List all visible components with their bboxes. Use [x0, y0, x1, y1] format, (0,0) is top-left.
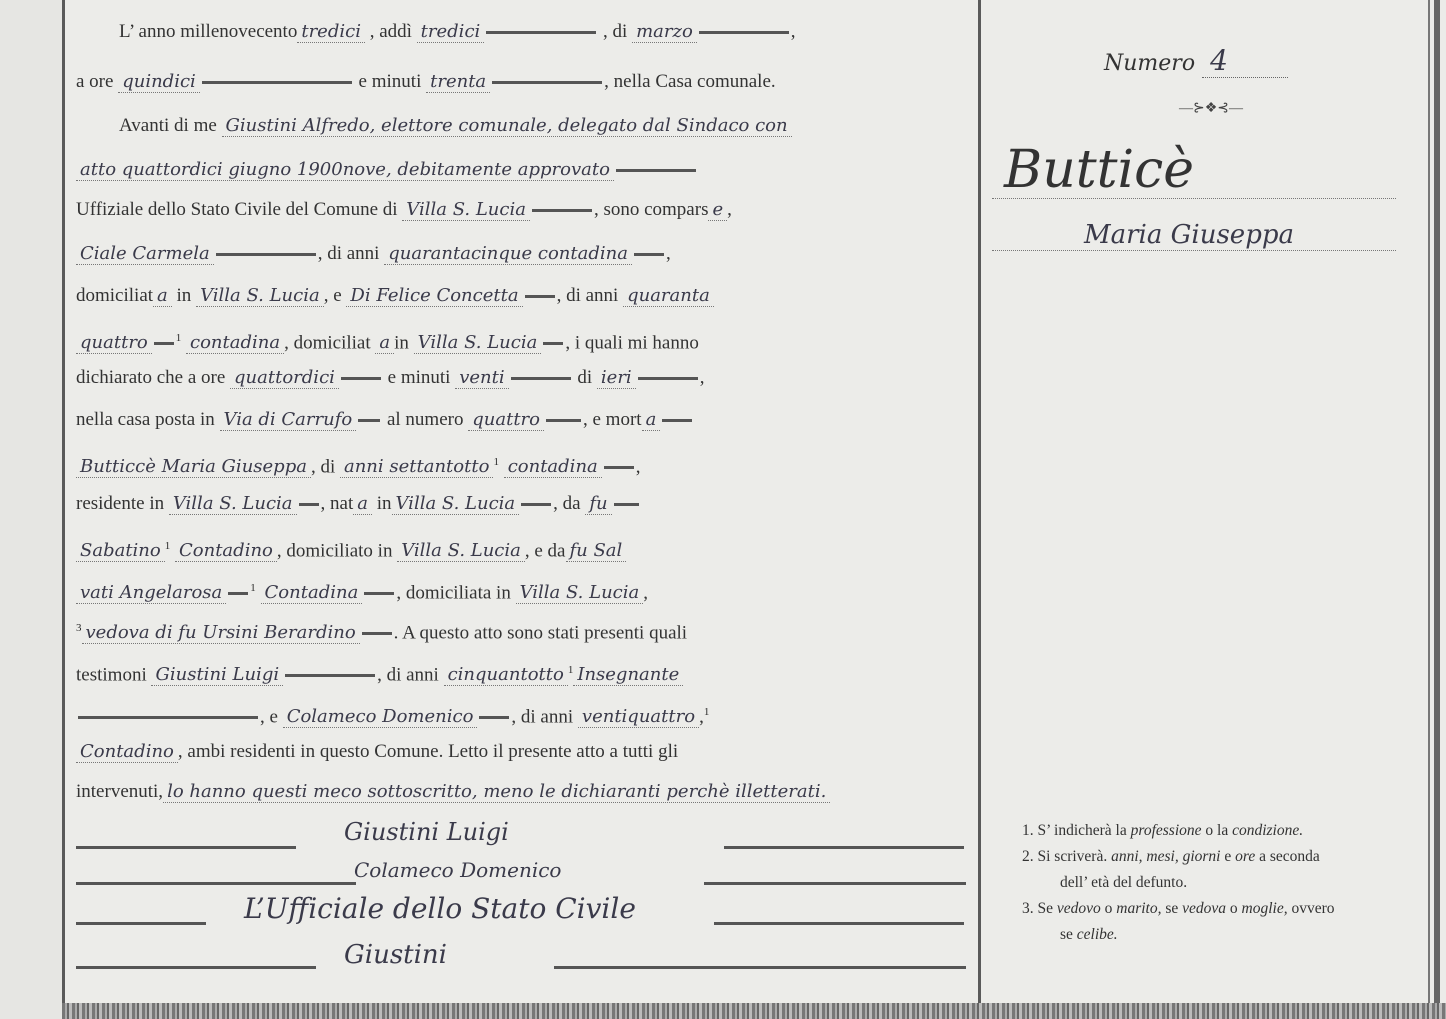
filler-dash — [78, 716, 258, 719]
handwritten-witness1-age: cinquantotto — [444, 664, 568, 686]
filler-dash — [299, 503, 319, 506]
handwritten-deceased-age: anni settantotto — [340, 456, 493, 478]
printed-text: dichiarato che a ore — [76, 367, 225, 388]
officer-title-handwritten: L’Ufficiale dello Stato Civile — [244, 892, 636, 925]
footnote-ref: 1 — [165, 540, 171, 552]
filler-dash — [521, 503, 551, 506]
filler-dash — [699, 31, 789, 34]
signature-rule — [724, 846, 964, 849]
footnote-text: e — [1220, 848, 1235, 865]
printed-text: , nella Casa comunale. — [604, 71, 775, 92]
deceased-surname: Butticè — [1004, 140, 1194, 200]
printed-text: . A questo atto sono stati presenti qual… — [394, 622, 687, 643]
footnote-text: 3. Se — [1022, 900, 1057, 917]
printed-text: , — [643, 582, 648, 603]
record-line-father: Sabatino1 Contadino, domiciliato in Vill… — [76, 532, 968, 560]
filler-dash — [228, 592, 248, 595]
handwritten-profession: contadina — [186, 332, 284, 354]
signature-rule — [714, 922, 964, 925]
footnotes: 1. S’ indicherà la professione o la cond… — [1022, 818, 1335, 948]
footnote-italic: marito, — [1116, 900, 1161, 917]
printed-text: , di anni — [557, 285, 619, 306]
handwritten-residence: Villa S. Lucia — [169, 493, 297, 515]
filler-dash — [492, 81, 602, 84]
footnote-ref: 1 — [250, 582, 256, 594]
printed-text: e minuti — [359, 71, 422, 92]
printed-text: Uffiziale dello Stato Civile del Comune … — [76, 199, 398, 220]
handwritten-mother-prefix: fu Sal — [566, 540, 627, 562]
handwritten-death-hour: quattordici — [230, 367, 339, 389]
footnote-ref: 1 — [493, 456, 499, 468]
record-line-deceased: Buttiсcè Maria Giuseppa, di anni settant… — [76, 448, 968, 476]
handwritten-minutes: trenta — [426, 71, 490, 93]
printed-text: , sono compars — [594, 199, 709, 220]
signature-rule — [76, 922, 206, 925]
signature-officer: Giustini — [344, 940, 447, 970]
numero-value: 4 — [1202, 44, 1288, 78]
handwritten-residence: Villa S. Lucia — [414, 332, 542, 354]
printed-text: , di — [311, 456, 335, 477]
filler-dash — [546, 419, 581, 422]
handwritten-hour: quindici — [118, 71, 200, 93]
printed-text: , di anni — [318, 243, 380, 264]
printed-text: residente in — [76, 493, 164, 514]
right-border-outer — [1434, 0, 1440, 1003]
record-line-declarant2: domiciliata in Villa S. Lucia, e Di Feli… — [76, 282, 968, 310]
footnote-italic: moglie, — [1242, 900, 1288, 917]
record-line-officer: Avanti di me Giustini Alfredo, elettore … — [119, 112, 968, 140]
column-divider — [978, 0, 981, 1003]
handwritten-age-cont: quattro — [76, 332, 152, 354]
handwritten-month: marzo — [632, 21, 697, 43]
printed-text: , domiciliat — [284, 332, 371, 353]
record-number: Numero 4 — [1104, 44, 1288, 77]
handwritten-death-day: ieri — [597, 367, 636, 389]
deceased-given-names: Maria Giuseppa — [1084, 220, 1294, 250]
record-line-marital: 3vedova di fu Ursini Berardino. A questo… — [76, 614, 968, 642]
printed-text: a ore — [76, 71, 113, 92]
handwritten-father-name: Sabatino — [76, 540, 165, 562]
footnote-text: 1. S’ indicherà la — [1022, 822, 1131, 839]
filler-dash — [604, 466, 634, 469]
signature-witness2: Colameco Domenico — [354, 858, 561, 882]
footnote-2-cont: dell’ età del defunto. — [1022, 870, 1335, 896]
footnote-text: o — [1226, 900, 1242, 917]
signature-rule — [554, 966, 966, 969]
filler-dash — [341, 377, 381, 380]
filler-dash — [216, 253, 316, 256]
printed-text: , di — [603, 21, 627, 42]
footnote-italic: ore — [1235, 848, 1255, 865]
printed-text: , — [727, 199, 732, 220]
printed-text: , di anni — [511, 706, 573, 727]
handwritten-witness2-name: Colameco Domenico — [283, 706, 478, 728]
record-line-time: a ore quindici e minuti trenta, nella Ca… — [76, 68, 968, 96]
handwritten-declarant1-name: Ciale Carmela — [76, 243, 214, 265]
footnote-text: se — [1060, 926, 1077, 943]
filler-dash — [532, 209, 592, 212]
filler-dash — [364, 592, 394, 595]
signature-witness1: Giustini Luigi — [344, 818, 509, 846]
handwritten-witness2-age: ventiquattro — [578, 706, 699, 728]
printed-text: di — [577, 367, 592, 388]
printed-text: domiciliat — [76, 285, 153, 306]
handwritten-day: tredici — [417, 21, 485, 43]
record-line-declarant1: Ciale Carmela, di anni quarantacinque co… — [76, 240, 968, 268]
filler-dash — [638, 377, 698, 380]
signature-rule — [704, 882, 966, 885]
ornament-divider: —⊱❖⊰— — [1179, 100, 1243, 117]
printed-text: , addì — [370, 21, 412, 42]
handwritten-deceased-profession: contadina — [504, 456, 602, 478]
footnote-text: se — [1161, 900, 1182, 917]
handwritten-residence: Villa S. Lucia — [196, 285, 324, 307]
footnote-ref: 3 — [76, 622, 82, 634]
footnote-text: 2. Si scriverà. — [1022, 848, 1111, 865]
footnote-1: 1. S’ indicherà la professione o la cond… — [1022, 818, 1335, 844]
filler-dash — [202, 81, 352, 84]
printed-text: e minuti — [388, 367, 451, 388]
handwritten-declarant2-age: quaranta — [623, 285, 714, 307]
footnote-text: a seconda — [1255, 848, 1320, 865]
printed-text: , — [791, 21, 796, 42]
handwritten-suffix: e — [708, 199, 727, 221]
handwritten-year: tredici — [297, 21, 365, 43]
filler-dash — [358, 419, 380, 422]
printed-text: , nat — [321, 493, 354, 514]
filler-dash — [154, 342, 174, 345]
printed-text: L’ anno millenovecento — [119, 21, 297, 42]
footnote-italic: condizione. — [1232, 822, 1303, 839]
filler-dash — [616, 169, 696, 172]
filler-dash — [285, 674, 375, 677]
handwritten-marital-status: vedova di fu Ursini Berardino — [82, 622, 360, 644]
footnote-italic: vedova — [1182, 900, 1226, 917]
footnote-3-cont: se celibe. — [1022, 922, 1335, 948]
footnote-italic: vedovo — [1057, 900, 1101, 917]
index-column: Numero 4 —⊱❖⊰— Butticè Maria Giuseppa 1.… — [984, 0, 1404, 1000]
printed-text: , e da — [525, 540, 566, 561]
printed-text: , — [666, 243, 671, 264]
handwritten-officer: Giustini Alfredo, elettore comunale, del… — [222, 115, 792, 137]
filler-dash — [614, 503, 639, 506]
numero-label: Numero — [1104, 51, 1195, 76]
handwritten-father-residence: Villa S. Lucia — [397, 540, 525, 562]
handwritten-suffix: a — [153, 285, 172, 307]
record-line-witness2: , e Colameco Domenico, di anni ventiquat… — [76, 698, 968, 726]
printed-text: , e mort — [583, 409, 642, 430]
printed-text: , domiciliato in — [277, 540, 393, 561]
handwritten-death-minutes: venti — [455, 367, 508, 389]
document-page: L’ anno millenovecentotredici , addì tre… — [0, 0, 1446, 1019]
handwritten-mother-name: vati Angelarosa — [76, 582, 226, 604]
handwritten-delegation: atto quattordici giugno 1900nove, debita… — [76, 159, 614, 181]
record-line-signing: intervenuti,lo hanno questi meco sottosc… — [76, 778, 968, 806]
handwritten-suffix: a — [642, 409, 661, 431]
record-line-witness1: testimoni Giustini Luigi, di anni cinqua… — [76, 656, 968, 684]
signature-rule — [76, 966, 316, 969]
record-line-mother: vati Angelarosa1 Contadina, domiciliata … — [76, 574, 968, 602]
handwritten-comune: Villa S. Lucia — [402, 199, 530, 221]
left-margin — [0, 0, 62, 1019]
filler-dash — [662, 419, 692, 422]
death-record-body: L’ anno millenovecentotredici , addì tre… — [64, 0, 978, 1000]
handwritten-street: Via di Carrufo — [220, 409, 357, 431]
footnote-text: o — [1101, 900, 1117, 917]
handwritten-birthplace: Villa S. Lucia — [392, 493, 520, 515]
handwritten-deceased-name: Buttiсcè Maria Giuseppa — [76, 456, 311, 478]
printed-text: , e — [324, 285, 342, 306]
filler-dash — [634, 253, 664, 256]
record-line-witness2-cont: Contadino, ambi residenti in questo Comu… — [76, 738, 968, 766]
printed-text: , i quali mi hanno — [565, 332, 699, 353]
printed-text: , — [700, 367, 705, 388]
record-line-date: L’ anno millenovecentotredici , addì tre… — [119, 18, 968, 46]
handwritten-father-profession: Contadino — [175, 540, 277, 562]
handwritten-declarant1-age: quarantacinque contadina — [384, 243, 632, 265]
printed-text: al numero — [387, 409, 464, 430]
handwritten-signing-note: lo hanno questi meco sottoscritto, meno … — [163, 781, 830, 803]
handwritten-witness1-name: Giustini Luigi — [151, 664, 283, 686]
printed-text: , da — [553, 493, 580, 514]
printed-text: , — [636, 456, 641, 477]
handwritten-witness2-profession: Contadino — [76, 741, 178, 763]
filler-dash — [362, 632, 392, 635]
right-border-inner — [1428, 0, 1430, 1003]
handwritten-mother-profession: Contadina — [261, 582, 363, 604]
footnote-italic: anni, mesi, giorni — [1111, 848, 1220, 865]
printed-text: nella casa posta in — [76, 409, 215, 430]
handwritten-father-prefix: fu — [585, 493, 611, 515]
footnote-ref: 1 — [704, 706, 710, 718]
record-line-declarant2-cont: quattro1 contadina, domiciliat ain Villa… — [76, 324, 968, 352]
printed-text: , e — [260, 706, 278, 727]
printed-text: in — [177, 285, 192, 306]
printed-text: , ambi residenti in questo Comune. Letto… — [178, 741, 678, 762]
handwritten-witness1-profession: Insegnante — [573, 664, 683, 686]
record-line-delegation: atto quattordici giugno 1900nove, debita… — [76, 156, 968, 184]
bottom-edge-strip — [62, 1003, 1446, 1019]
footnote-italic: professione — [1131, 822, 1202, 839]
record-line-birthplace: residente in Villa S. Lucia, nata inVill… — [76, 490, 968, 518]
record-line-comune: Uffiziale dello Stato Civile del Comune … — [76, 196, 968, 224]
filler-dash — [479, 716, 509, 719]
handwritten-suffix: a — [353, 493, 372, 515]
signature-rule — [76, 846, 296, 849]
printed-text: intervenuti, — [76, 781, 163, 802]
filler-dash — [486, 31, 596, 34]
footnote-2: 2. Si scriverà. anni, mesi, giorni e ore… — [1022, 844, 1335, 870]
printed-text: Avanti di me — [119, 115, 217, 136]
handwritten-house-number: quattro — [468, 409, 544, 431]
printed-text: in — [377, 493, 392, 514]
handwritten-mother-residence: Villa S. Lucia — [516, 582, 644, 604]
record-line-death-time: dichiarato che a ore quattordici e minut… — [76, 364, 968, 392]
filler-dash — [525, 295, 555, 298]
printed-text: , domiciliata in — [396, 582, 511, 603]
printed-text: testimoni — [76, 664, 147, 685]
footnote-ref: 1 — [176, 332, 182, 344]
dotted-rule — [992, 198, 1396, 199]
footnote-text: o la — [1202, 822, 1233, 839]
handwritten-declarant2-name: Di Felice Concetta — [346, 285, 522, 307]
handwritten-suffix: a — [375, 332, 394, 354]
footnote-italic: celibe. — [1077, 926, 1118, 943]
footnote-text: ovvero — [1288, 900, 1335, 917]
footnote-3: 3. Se vedovo o marito, se vedova o mogli… — [1022, 896, 1335, 922]
filler-dash — [511, 377, 571, 380]
printed-text: in — [394, 332, 409, 353]
filler-dash — [543, 342, 563, 345]
record-line-death-place: nella casa posta in Via di Carrufo al nu… — [76, 406, 968, 434]
dotted-rule — [992, 250, 1396, 251]
signature-rule — [76, 882, 356, 885]
printed-text: , di anni — [377, 664, 439, 685]
